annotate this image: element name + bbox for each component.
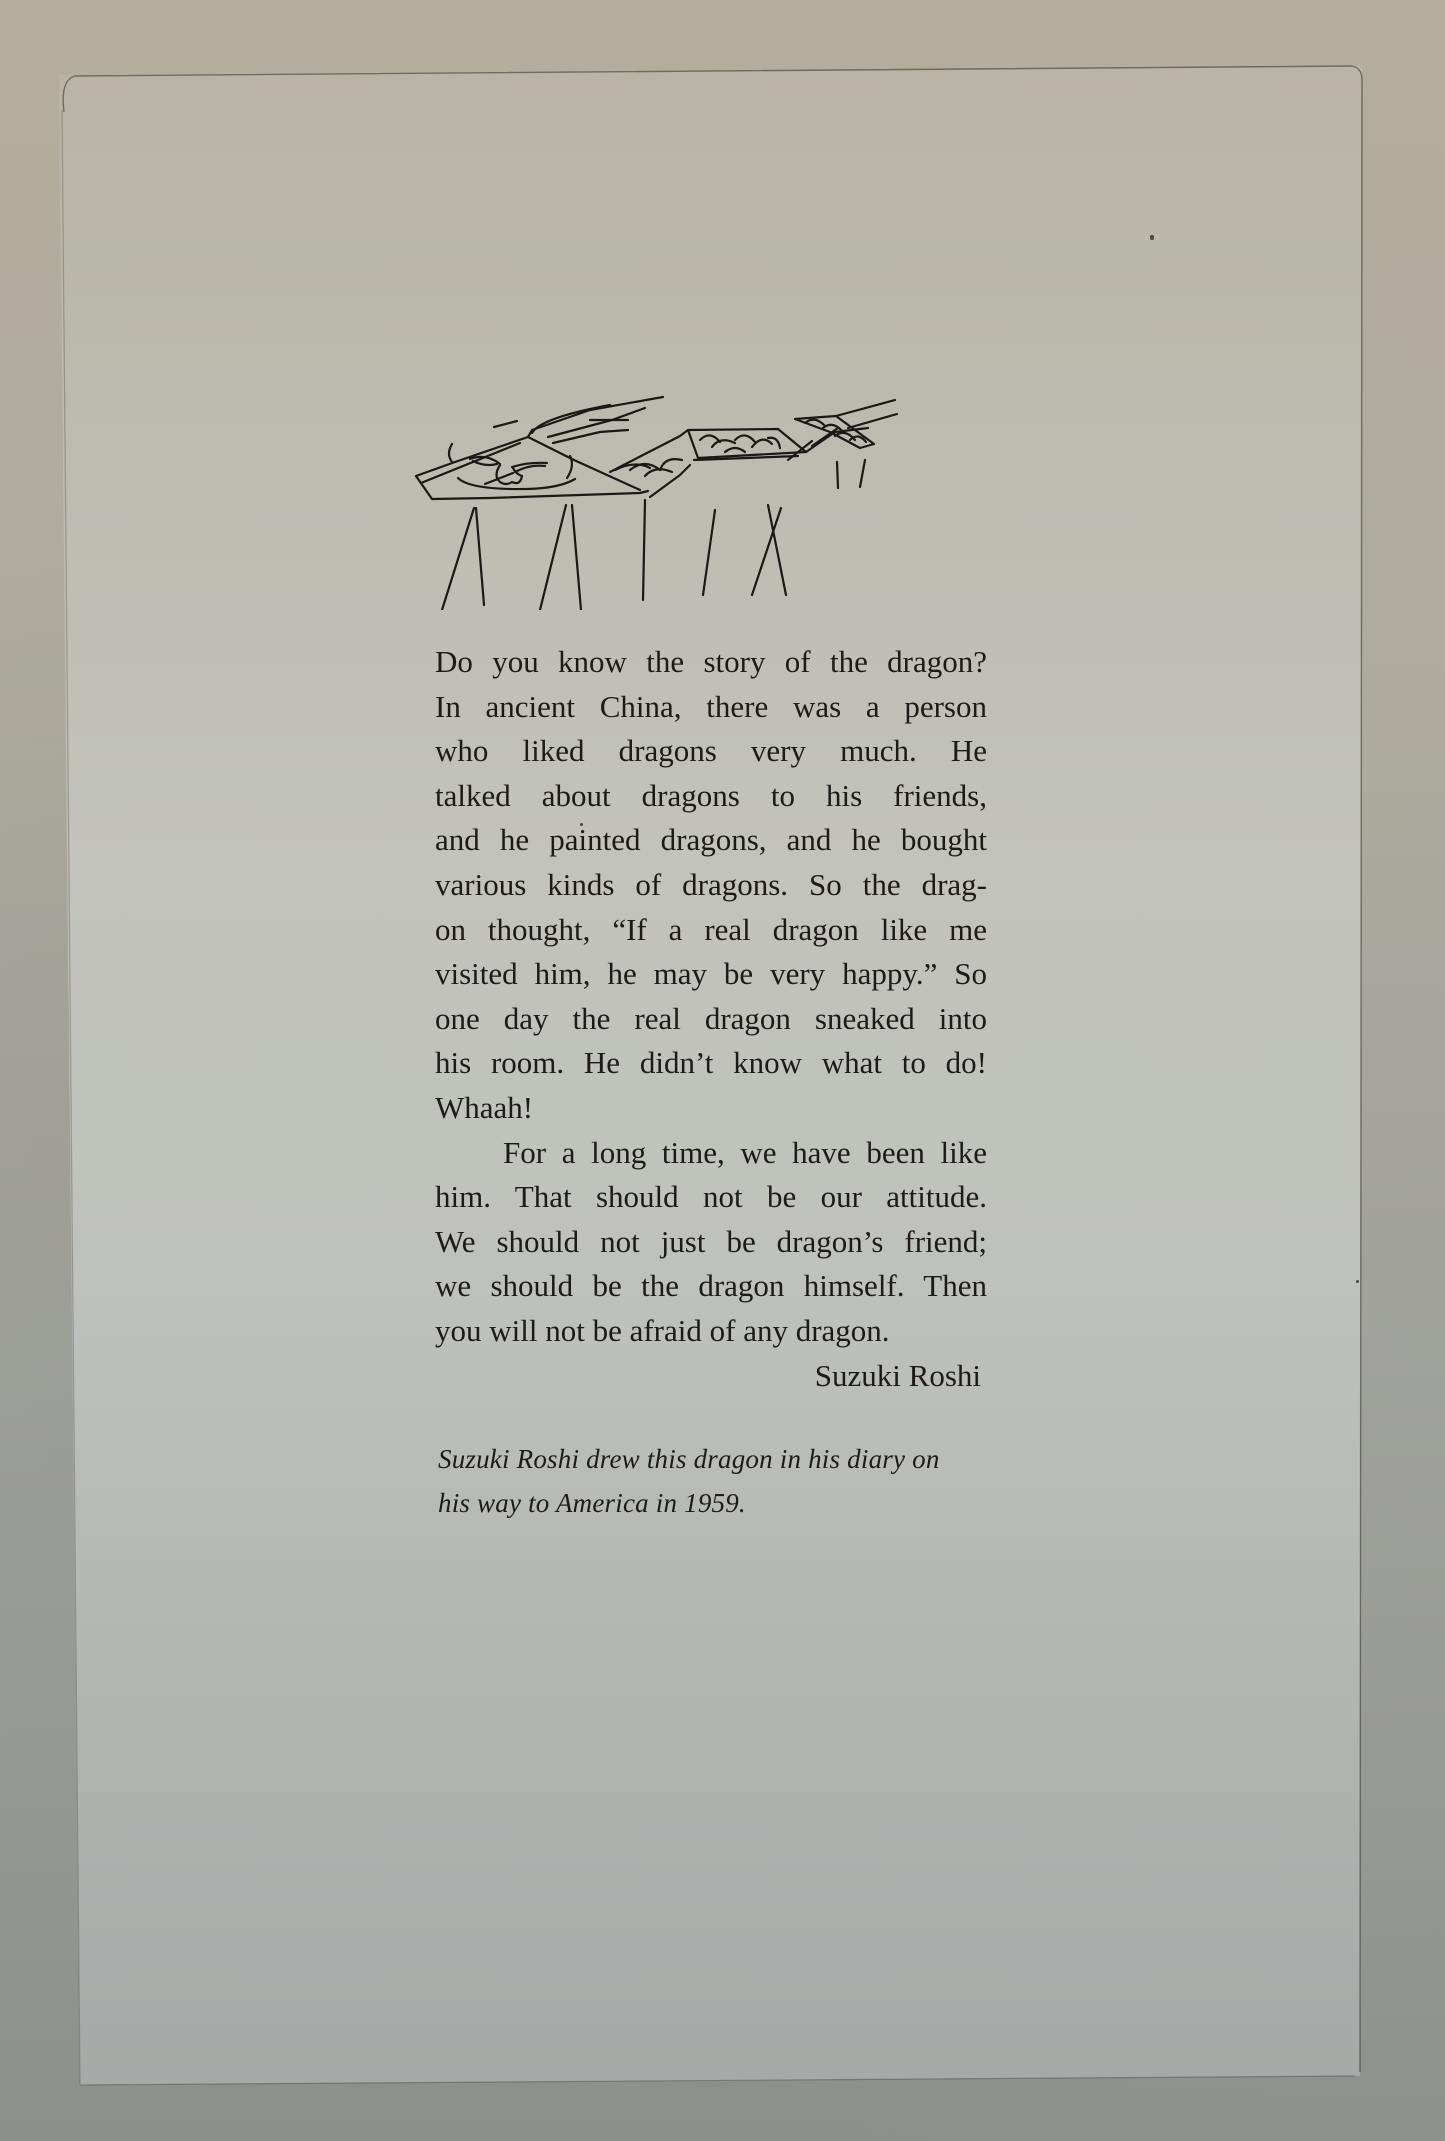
caption-line: Suzuki Roshi drew this dragon in his dia… xyxy=(438,1437,998,1481)
paper-speck xyxy=(1356,1280,1359,1283)
story-paragraph-2: For a long time, we have been like him. … xyxy=(435,1131,987,1354)
text-line: one day the real dragon sneaked into xyxy=(435,997,987,1042)
text-line: Do you know the story of the dragon? xyxy=(435,640,987,685)
caption-line: his way to America in 1959. xyxy=(438,1481,998,1525)
attribution: Suzuki Roshi xyxy=(435,1354,987,1399)
text-line: and he painted dragons, and he bought xyxy=(435,818,987,863)
illustration-caption: Suzuki Roshi drew this dragon in his dia… xyxy=(438,1437,998,1525)
paper-speck xyxy=(1150,235,1154,240)
story-paragraph-1: Do you know the story of the dragon? In … xyxy=(435,640,987,1131)
text-line: talked about dragons to his friends, xyxy=(435,774,987,819)
text-line: you will not be afraid of any dragon. xyxy=(435,1309,987,1354)
story-text: Do you know the story of the dragon? In … xyxy=(435,640,987,1398)
text-line: various kinds of dragons. So the drag- xyxy=(435,863,987,908)
text-line: We should not just be dragon’s friend; xyxy=(435,1220,987,1265)
text-line: his room. He didn’t know what to do! xyxy=(435,1041,987,1086)
text-line: on thought, “If a real dragon like me xyxy=(435,908,987,953)
text-line: him. That should not be our attitude. xyxy=(435,1175,987,1220)
dragon-illustration xyxy=(405,395,905,610)
text-line: we should be the dragon himself. Then xyxy=(435,1264,987,1309)
text-line: Whaah! xyxy=(435,1086,987,1131)
text-line: In ancient China, there was a person xyxy=(435,685,987,730)
text-line: who liked dragons very much. He xyxy=(435,729,987,774)
text-line: For a long time, we have been like xyxy=(435,1131,987,1176)
text-line: visited him, he may be very happy.” So xyxy=(435,952,987,997)
